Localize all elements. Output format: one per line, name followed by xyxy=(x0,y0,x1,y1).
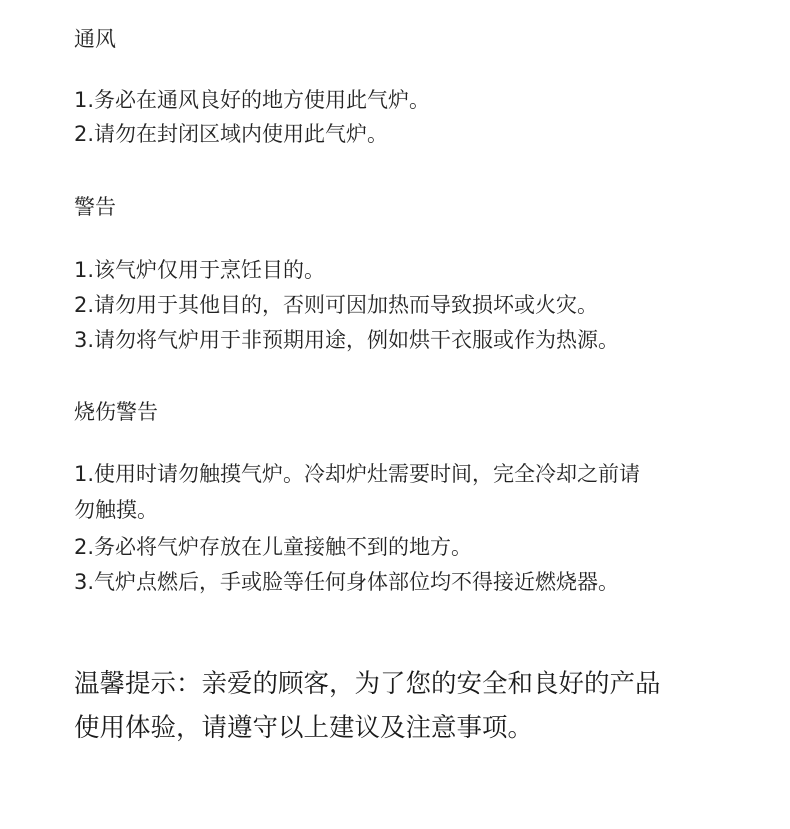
section-title-burn-warning: 烧伤警告 xyxy=(74,398,158,426)
warm-tip-line-1: 温馨提示：亲爱的顾客，为了您的安全和良好的产品 xyxy=(74,667,661,701)
warning-item-3: 3.请勿将气炉用于非预期用途，例如烘干衣服或作为热源。 xyxy=(74,326,619,354)
ventilation-item-2: 2.请勿在封闭区域内使用此气炉。 xyxy=(74,120,388,148)
section-title-warning: 警告 xyxy=(74,193,116,221)
burn-warning-item-1: 1.使用时请勿触摸气炉。冷却炉灶需要时间，完全冷却之前请 xyxy=(74,460,640,488)
section-title-ventilation: 通风 xyxy=(74,25,116,53)
burn-warning-item-3: 3.气炉点燃后，手或脸等任何身体部位均不得接近燃烧器。 xyxy=(74,568,619,596)
warm-tip-line-2: 使用体验，请遵守以上建议及注意事项。 xyxy=(74,711,533,745)
warning-item-1: 1.该气炉仅用于烹饪目的。 xyxy=(74,256,325,284)
warning-item-2: 2.请勿用于其他目的，否则可因加热而导致损坏或火灾。 xyxy=(74,291,598,319)
burn-warning-item-1-cont: 勿触摸。 xyxy=(74,496,158,524)
ventilation-item-1: 1.务必在通风良好的地方使用此气炉。 xyxy=(74,86,430,114)
burn-warning-item-2: 2.务必将气炉存放在儿童接触不到的地方。 xyxy=(74,533,472,561)
